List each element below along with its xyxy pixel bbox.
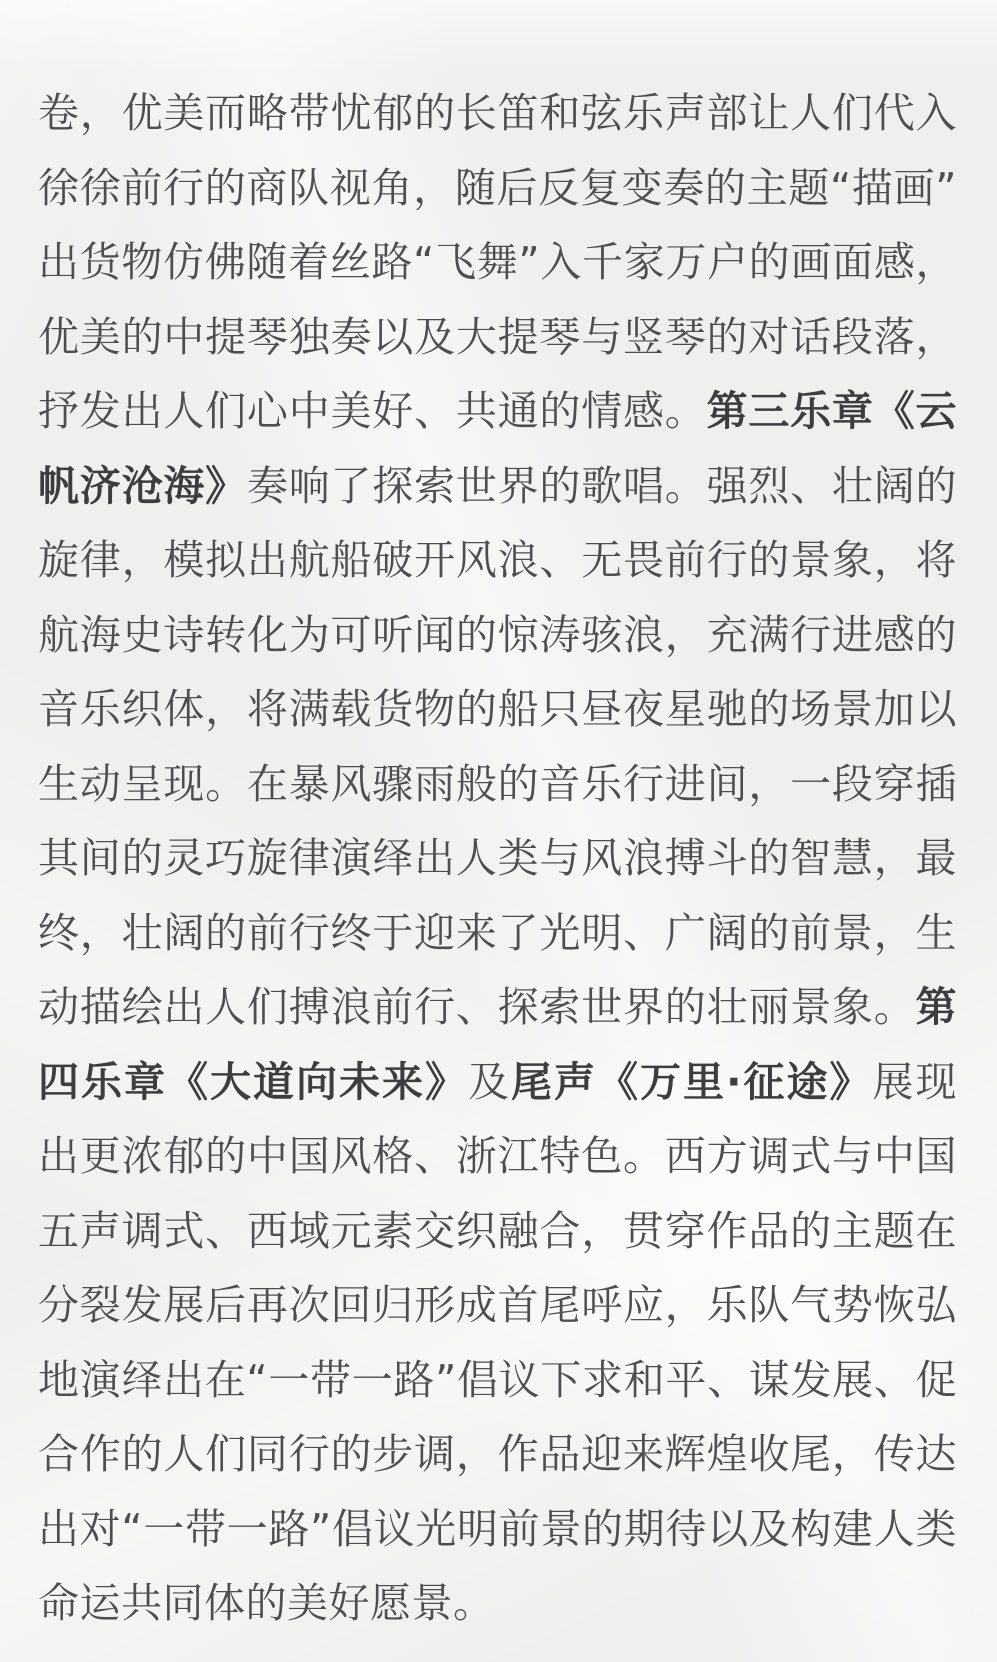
paragraph-text: 奏响了探索世界的歌唱。强烈、壮阔的旋律，模拟出航船破开风浪、无畏前行的景象，将航… bbox=[38, 462, 957, 1032]
paragraph-text: 卷，优美而略带忧郁的长笛和弦乐声部让人们代入徐徐前行的商队视角，随后反复变奏的主… bbox=[38, 89, 957, 435]
paragraph-text: 及 bbox=[468, 1058, 511, 1106]
movement-title-bold: 尾声《万里·征途》 bbox=[511, 1058, 873, 1106]
article-paragraph: 卷，优美而略带忧郁的长笛和弦乐声部让人们代入徐徐前行的商队视角，随后反复变奏的主… bbox=[0, 0, 997, 1641]
paragraph-text: 展现出更浓郁的中国风格、浙江特色。西方调式与中国五声调式、西域元素交织融合，贯穿… bbox=[38, 1058, 957, 1628]
article-page: 卷，优美而略带忧郁的长笛和弦乐声部让人们代入徐徐前行的商队视角，随后反复变奏的主… bbox=[0, 0, 997, 1662]
